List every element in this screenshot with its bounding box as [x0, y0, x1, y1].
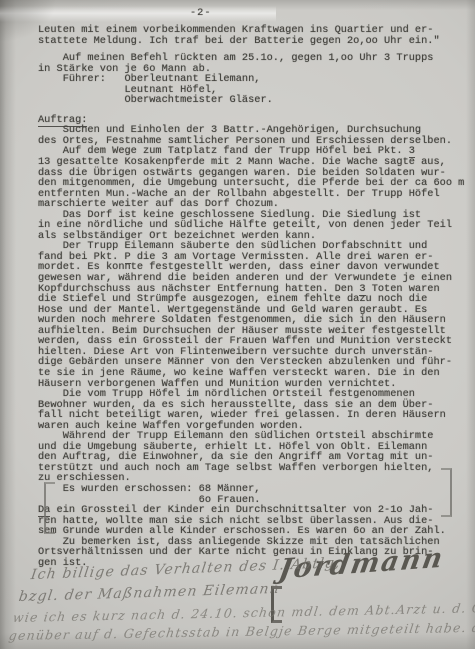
handwritten-annotation-line: bzgl. der Maßnahmen Eilemann — [18, 581, 281, 605]
typed-line: Oberwachtmeister Gläser. — [38, 95, 470, 106]
typed-text: stattete Meldung. Ich traf bei der Batte… — [38, 35, 440, 47]
page-number: -2- — [190, 7, 212, 19]
typed-text-block: Leuten mit einem vorbeikommenden Kraftwa… — [38, 25, 470, 568]
typed-text: Oberwachtmeister Gläser. — [38, 94, 273, 106]
typed-line: stattete Meldung. Ich traf bei der Batte… — [38, 36, 470, 47]
scanned-page: -2- Leuten mit einem vorbeikommenden Kra… — [0, 0, 475, 649]
